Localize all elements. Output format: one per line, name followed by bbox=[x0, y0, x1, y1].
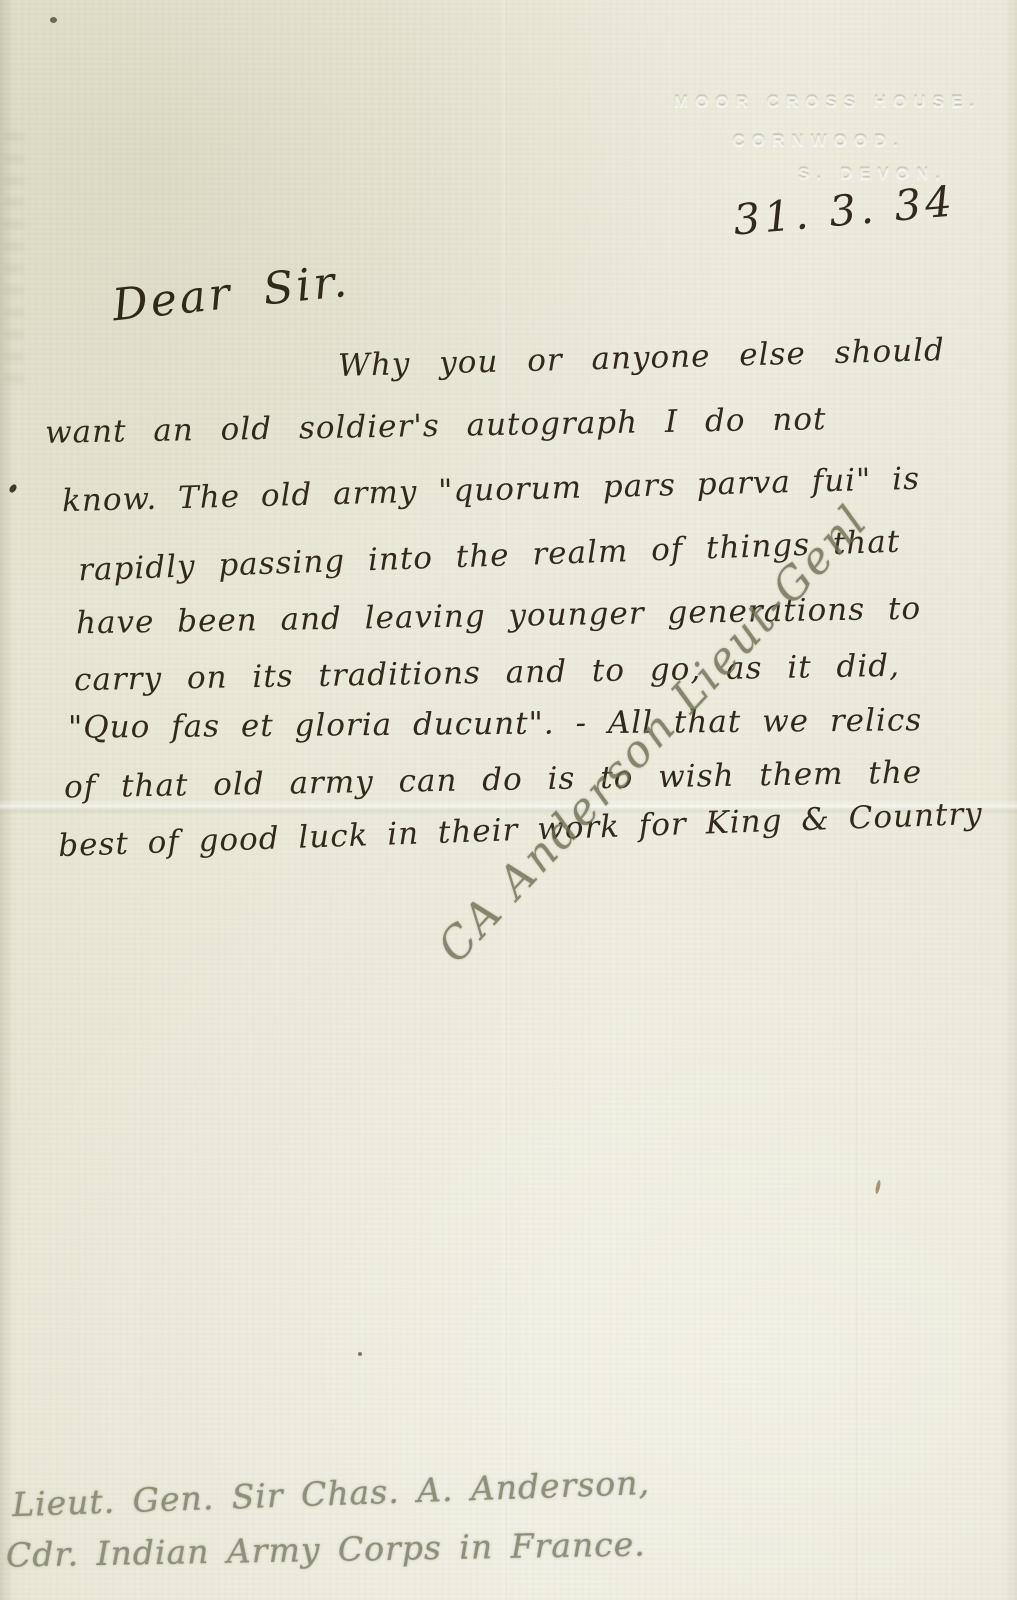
body-line-6: carry on its traditions and to go, as it… bbox=[74, 648, 901, 698]
letterhead-line-village: CORNWOOD. bbox=[732, 131, 905, 151]
body-line-7: "Quo fas et gloria ducunt". - All that w… bbox=[68, 702, 922, 745]
body-line-8: of that old army can do is to wish them … bbox=[64, 755, 923, 806]
annotation-line-2: Cdr. Indian Army Corps in France. bbox=[6, 1524, 646, 1574]
letter-date: 31. 3. 34 bbox=[731, 176, 957, 244]
paper-speck bbox=[50, 17, 57, 23]
letterhead-line-house: MOOR CROSS HOUSE. bbox=[674, 92, 981, 112]
paper-speck bbox=[358, 1352, 362, 1356]
page-left-edge-shadow bbox=[0, 0, 14, 1600]
body-line-2: want an old soldier's autograph I do not bbox=[45, 401, 827, 451]
vertical-fold-crease-right bbox=[856, 880, 859, 1600]
ink-show-through-smudge bbox=[4, 118, 24, 383]
paper-speck bbox=[875, 1180, 882, 1195]
page-right-edge-shadow bbox=[1003, 0, 1017, 1600]
annotation-line-1: Lieut. Gen. Sir Chas. A. Anderson, bbox=[12, 1463, 651, 1524]
letter-scan-page: MOOR CROSS HOUSE. CORNWOOD. S. DEVON. 31… bbox=[0, 0, 1017, 1600]
vertical-fold-crease-center bbox=[502, 0, 507, 1600]
body-line-1: Why you or anyone else should bbox=[338, 332, 946, 384]
body-line-3: know. The old army "quorum pars parva fu… bbox=[62, 461, 921, 519]
paper-speck bbox=[8, 483, 18, 494]
salutation: Dear Sir. bbox=[110, 256, 352, 332]
